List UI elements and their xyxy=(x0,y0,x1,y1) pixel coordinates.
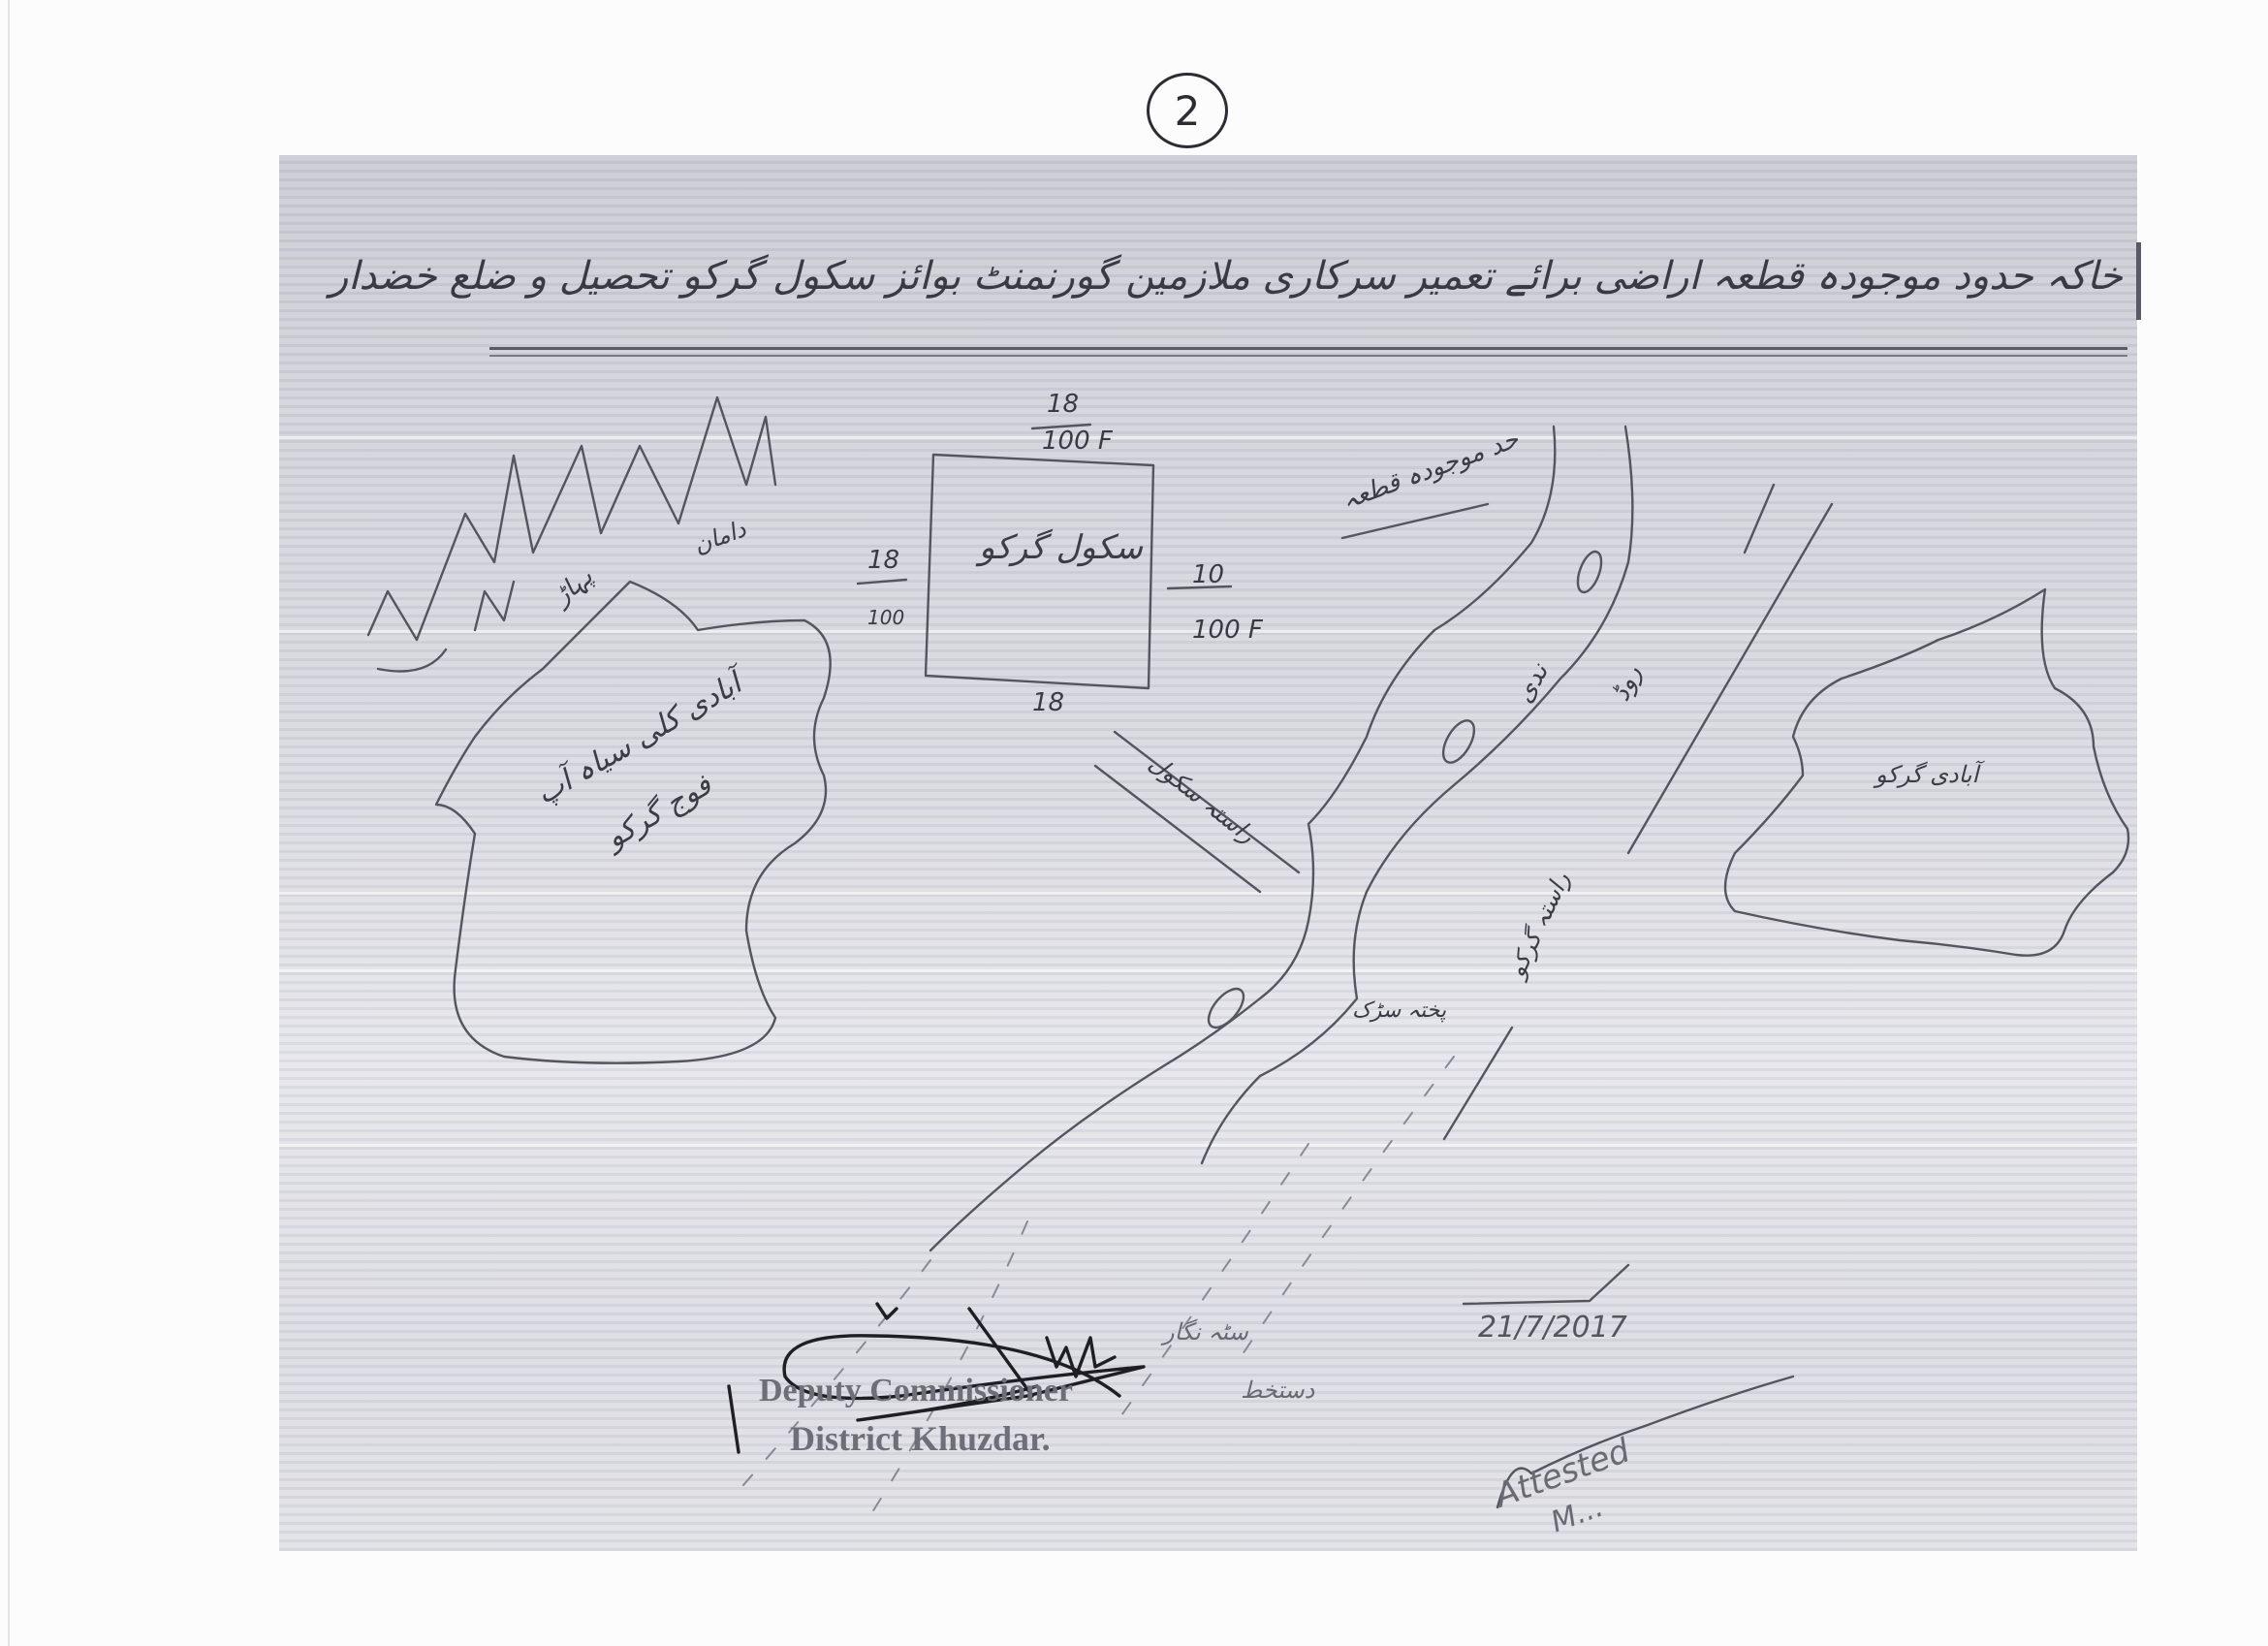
stamp-left-bottom: سٹہ نگار xyxy=(1163,1318,1248,1345)
dim-left-value: 18 xyxy=(867,546,899,575)
stamp-deputy-commissioner: Deputy Commissioner xyxy=(759,1373,1073,1409)
scanned-page: 2 خاکہ حدود موجودہ قطعہ اراضی برائے تعمی… xyxy=(0,0,2268,1646)
plot-label: سکول گرکو xyxy=(979,528,1143,567)
road-line xyxy=(1628,504,1832,853)
school-plot-outline xyxy=(926,455,1153,688)
dim-right-value: 10 xyxy=(1192,560,1224,589)
stamp-district-khuzdar: District Khuzdar. xyxy=(790,1418,1051,1459)
river-bank-east xyxy=(1202,427,1632,1163)
settlement-right-label: آبادی گرکو xyxy=(1875,761,1978,788)
date-note: 21/7/2017 xyxy=(1478,1311,1627,1345)
stamp-middle-bottom: دستخط xyxy=(1241,1377,1314,1404)
dim-top-unit: 100 F xyxy=(1042,427,1113,456)
dim-right-unit: 100 F xyxy=(1192,616,1263,645)
signature-date xyxy=(1464,1265,1628,1304)
sketch-map xyxy=(0,0,2268,1646)
dim-bottom-value: 18 xyxy=(1032,688,1064,717)
dim-top-value: 18 xyxy=(1047,390,1079,419)
link-road-label: پختہ سڑک xyxy=(1352,998,1446,1023)
dim-left-unit: 100 xyxy=(867,606,904,629)
